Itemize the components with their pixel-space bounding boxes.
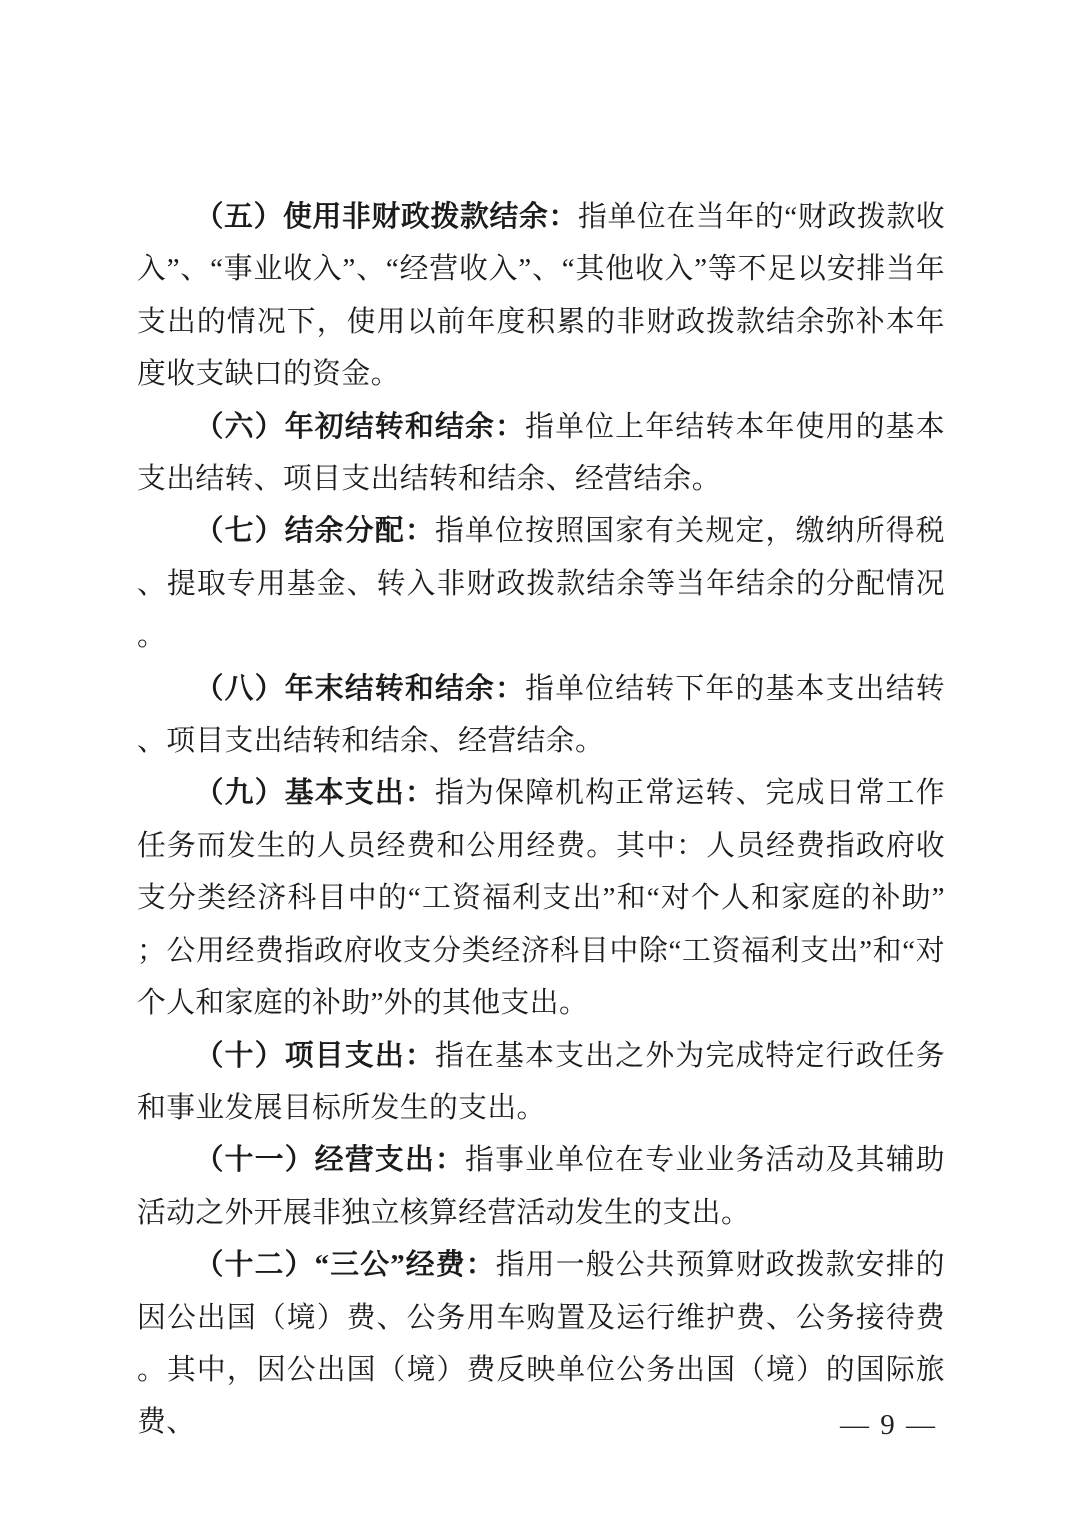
term-definition: 指为保障机构正常运转、完成日常工作任务而发生的人员经费和公用经费。其中：人员经费… <box>137 777 945 1019</box>
term-label: （七）结余分配： <box>195 515 435 547</box>
term-label: （六）年初结转和结余： <box>195 411 526 443</box>
paragraph: （十）项目支出：指在基本支出之外为完成特定行政任务和事业发展目标所发生的支出。 <box>137 1030 945 1135</box>
paragraph: （九）基本支出：指为保障机构正常运转、完成日常工作任务而发生的人员经费和公用经费… <box>137 767 945 1029</box>
paragraph: （十二）“三公”经费：指用一般公共预算财政拨款安排的因公出国（境）费、公务用车购… <box>137 1239 945 1449</box>
paragraph: （六）年初结转和结余：指单位上年结转本年使用的基本支出结转、项目支出结转和结余、… <box>137 401 945 506</box>
term-label: （五）使用非财政拨款结余： <box>195 201 578 233</box>
page-number: — 9 — <box>840 1410 937 1440</box>
document-body: （五）使用非财政拨款结余：指单位在当年的“财政拨款收入”、“事业收入”、“经营收… <box>137 191 945 1449</box>
term-label: （十二）“三公”经费： <box>195 1249 496 1281</box>
paragraph: （八）年末结转和结余：指单位结转下年的基本支出结转、项目支出结转和结余、经营结余… <box>137 663 945 768</box>
paragraph: （五）使用非财政拨款结余：指单位在当年的“财政拨款收入”、“事业收入”、“经营收… <box>137 191 945 401</box>
paragraph: （十一）经营支出：指事业单位在专业业务活动及其辅助活动之外开展非独立核算经营活动… <box>137 1134 945 1239</box>
document-page: （五）使用非财政拨款结余：指单位在当年的“财政拨款收入”、“事业收入”、“经营收… <box>0 0 1075 1520</box>
paragraph: （七）结余分配：指单位按照国家有关规定，缴纳所得税、提取专用基金、转入非财政拨款… <box>137 505 945 662</box>
term-label: （八）年末结转和结余： <box>195 673 526 705</box>
term-label: （十一）经营支出： <box>195 1144 465 1176</box>
term-label: （九）基本支出： <box>195 777 435 809</box>
term-label: （十）项目支出： <box>195 1040 435 1072</box>
